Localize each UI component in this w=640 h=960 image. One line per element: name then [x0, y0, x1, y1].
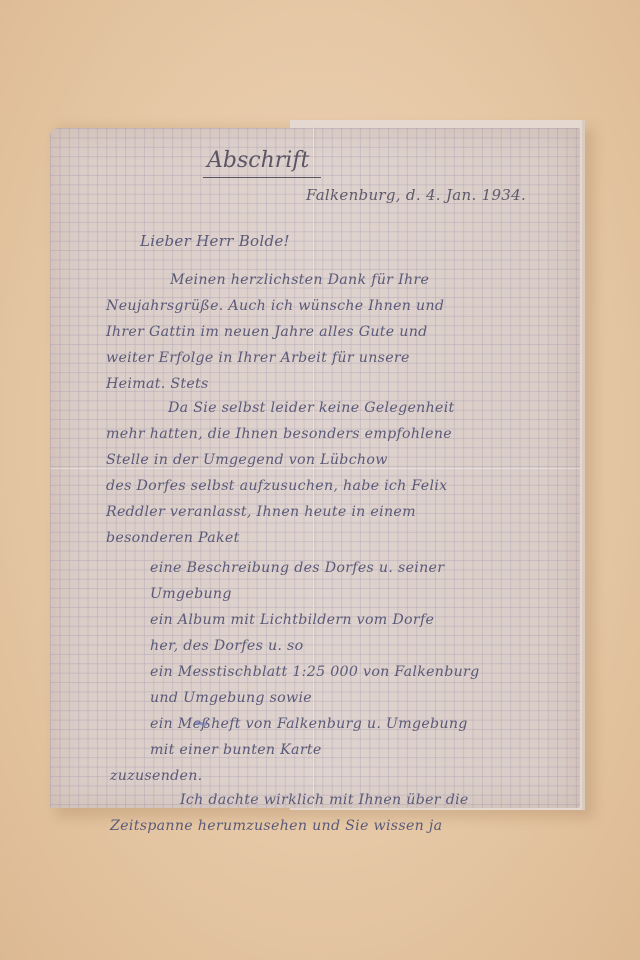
letter-line: Umgebung: [150, 586, 232, 602]
letter-line: Reddler veranlasst, Ihnen heute in einem: [106, 504, 416, 520]
letter-line: Da Sie selbst leider keine Gelegenheit: [168, 400, 455, 416]
letter-sheet: Abschrift Falkenburg, d. 4. Jan. 1934. L…: [50, 128, 580, 808]
horizontal-fold-line: [50, 468, 580, 469]
letter-line: zuzusenden.: [110, 768, 202, 784]
letter-line: Heimat. Stets: [106, 376, 209, 392]
document-heading: Abschrift: [203, 148, 321, 178]
letter-line: Ich dachte wirklich mit Ihnen über die: [180, 792, 469, 808]
letter-line: des Dorfes selbst aufzusuchen, habe ich …: [106, 478, 447, 494]
letter-line: Neujahrsgrüße. Auch ich wünsche Ihnen un…: [106, 298, 444, 314]
letter-line: ein Album mit Lichtbildern vom Dorfe: [150, 612, 434, 628]
letter-line: Ihrer Gattin im neuen Jahre alles Gute u…: [106, 324, 428, 340]
letter-line: mehr hatten, die Ihnen besonders empfohl…: [106, 426, 452, 442]
letter-line: Stelle in der Umgegend von Lübchow: [106, 452, 388, 468]
dateline: Falkenburg, d. 4. Jan. 1934.: [306, 186, 526, 204]
letter-line: besonderen Paket: [106, 530, 240, 546]
salutation: Lieber Herr Bolde!: [140, 232, 290, 250]
letter-line: weiter Erfolge in Ihrer Arbeit für unser…: [106, 350, 410, 366]
letter-line: eine Beschreibung des Dorfes u. seiner: [150, 560, 444, 576]
letter-line: ein Messtischblatt 1:25 000 von Falkenbu…: [150, 664, 480, 680]
letter-line: und Umgebung sowie: [150, 690, 312, 706]
letter-line: Meinen herzlichsten Dank für Ihre: [170, 272, 429, 288]
letter-line: mit einer bunten Karte: [150, 742, 322, 758]
letter-line: her, des Dorfes u. so: [150, 638, 303, 654]
letter-line: Zeitspanne herumzusehen und Sie wissen j…: [110, 818, 442, 834]
